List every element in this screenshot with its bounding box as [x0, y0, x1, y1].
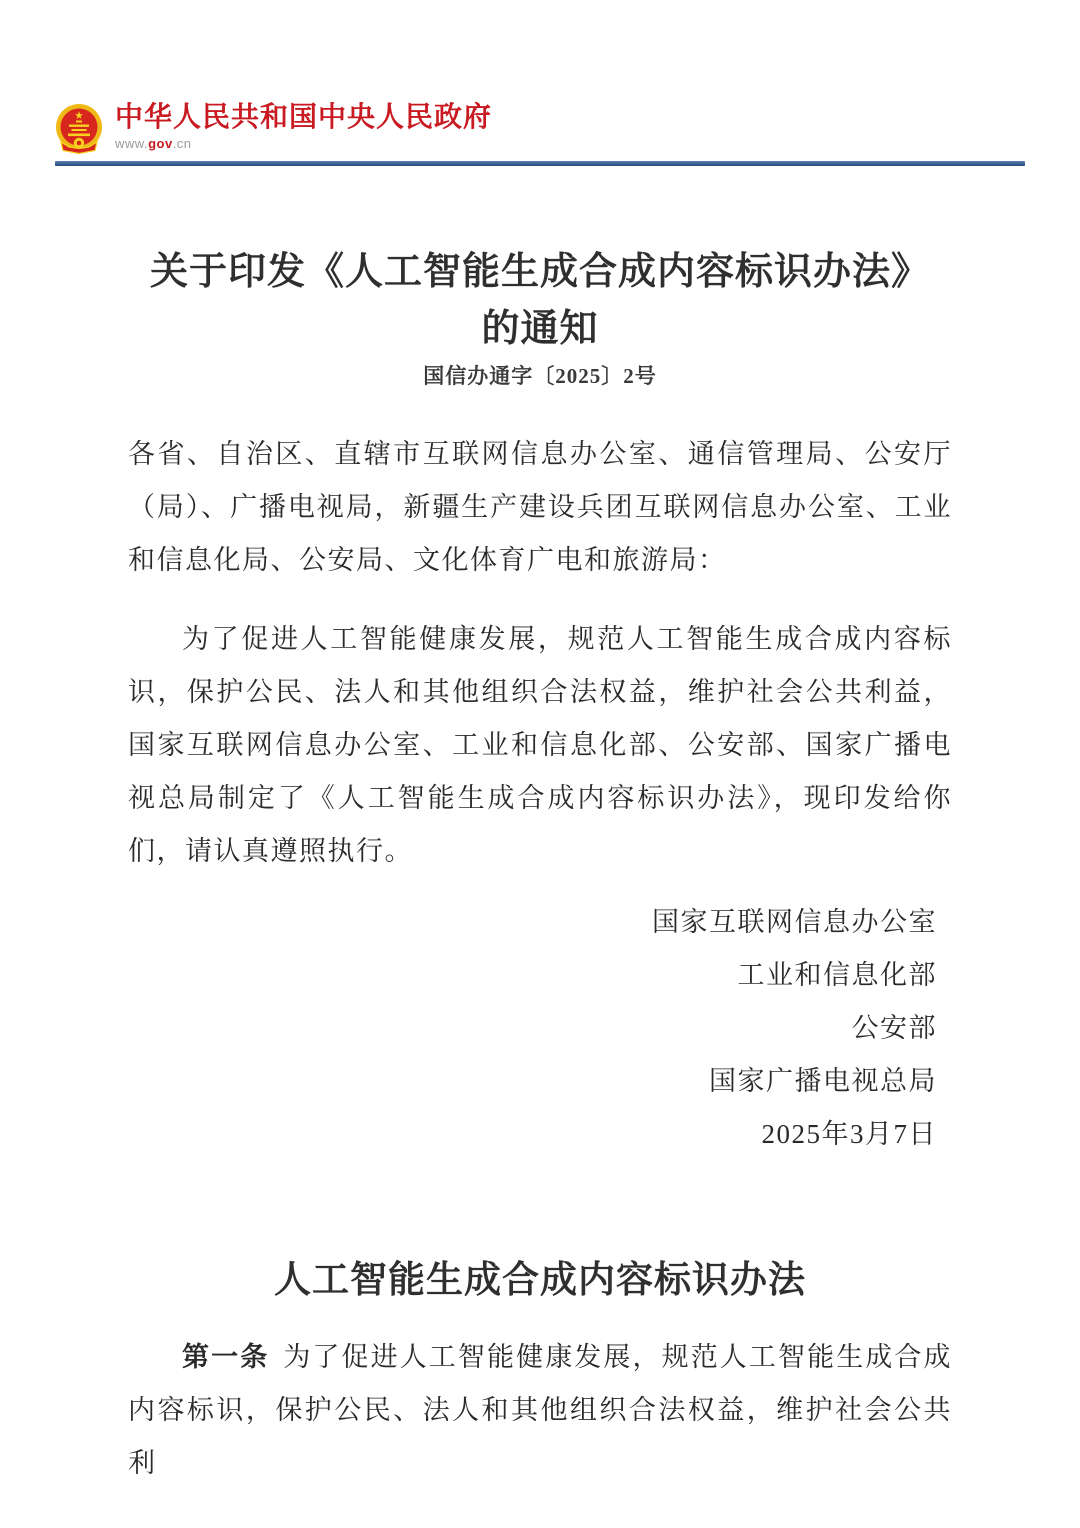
notice-title-line2: 的通知: [481, 308, 598, 350]
document-number: 国信办通字〔2025〕2号: [128, 360, 952, 392]
notice-body: 各省、自治区、直辖市互联网信息办公室、通信管理局、公安厅（局）、广播电视局，新疆…: [128, 428, 952, 878]
signer-line: 国家互联网信息办公室: [128, 896, 937, 949]
site-url-suffix: .cn: [173, 136, 192, 151]
header-divider: [55, 161, 1025, 166]
signer-line: 工业和信息化部: [128, 949, 937, 1002]
notice-main-paragraph: 为了促进人工智能健康发展，规范人工智能生成合成内容标识，保护公民、法人和其他组织…: [128, 613, 952, 878]
site-title: 中华人民共和国中央人民政府: [115, 100, 492, 134]
signer-line: 公安部: [128, 1002, 937, 1055]
site-url-gov: gov: [148, 136, 173, 151]
site-url: www.gov.cn: [115, 136, 492, 151]
article-1-label: 第一条: [182, 1342, 269, 1372]
site-header: 中华人民共和国中央人民政府 www.gov.cn: [0, 0, 1080, 166]
site-url-prefix: www.: [115, 136, 148, 151]
gov-document-page: 中华人民共和国中央人民政府 www.gov.cn 关于印发《人工智能生成合成内容…: [0, 0, 1080, 1528]
signature-block: 国家互联网信息办公室 工业和信息化部 公安部 国家广播电视总局 2025年3月7…: [128, 896, 952, 1161]
notice-title-line1: 关于印发《人工智能生成合成内容标识办法》: [150, 251, 930, 293]
notice-title: 关于印发《人工智能生成合成内容标识办法》 的通知: [128, 244, 952, 358]
signer-line: 国家广播电视总局: [128, 1055, 937, 1108]
site-identity: 中华人民共和国中央人民政府 www.gov.cn: [115, 100, 492, 151]
measures-body: 第一条为了促进人工智能健康发展，规范人工智能生成合成内容标识，保护公民、法人和其…: [128, 1331, 952, 1490]
measures-title: 人工智能生成合成内容标识办法: [128, 1253, 952, 1309]
site-logo-link[interactable]: 中华人民共和国中央人民政府 www.gov.cn: [55, 100, 1025, 156]
addressees-paragraph: 各省、自治区、直辖市互联网信息办公室、通信管理局、公安厅（局）、广播电视局，新疆…: [128, 428, 952, 587]
china-national-emblem-icon: [55, 102, 103, 156]
signature-date: 2025年3月7日: [128, 1108, 937, 1161]
document-content: 关于印发《人工智能生成合成内容标识办法》 的通知 国信办通字〔2025〕2号 各…: [128, 244, 952, 1490]
article-1-paragraph: 第一条为了促进人工智能健康发展，规范人工智能生成合成内容标识，保护公民、法人和其…: [128, 1331, 952, 1490]
